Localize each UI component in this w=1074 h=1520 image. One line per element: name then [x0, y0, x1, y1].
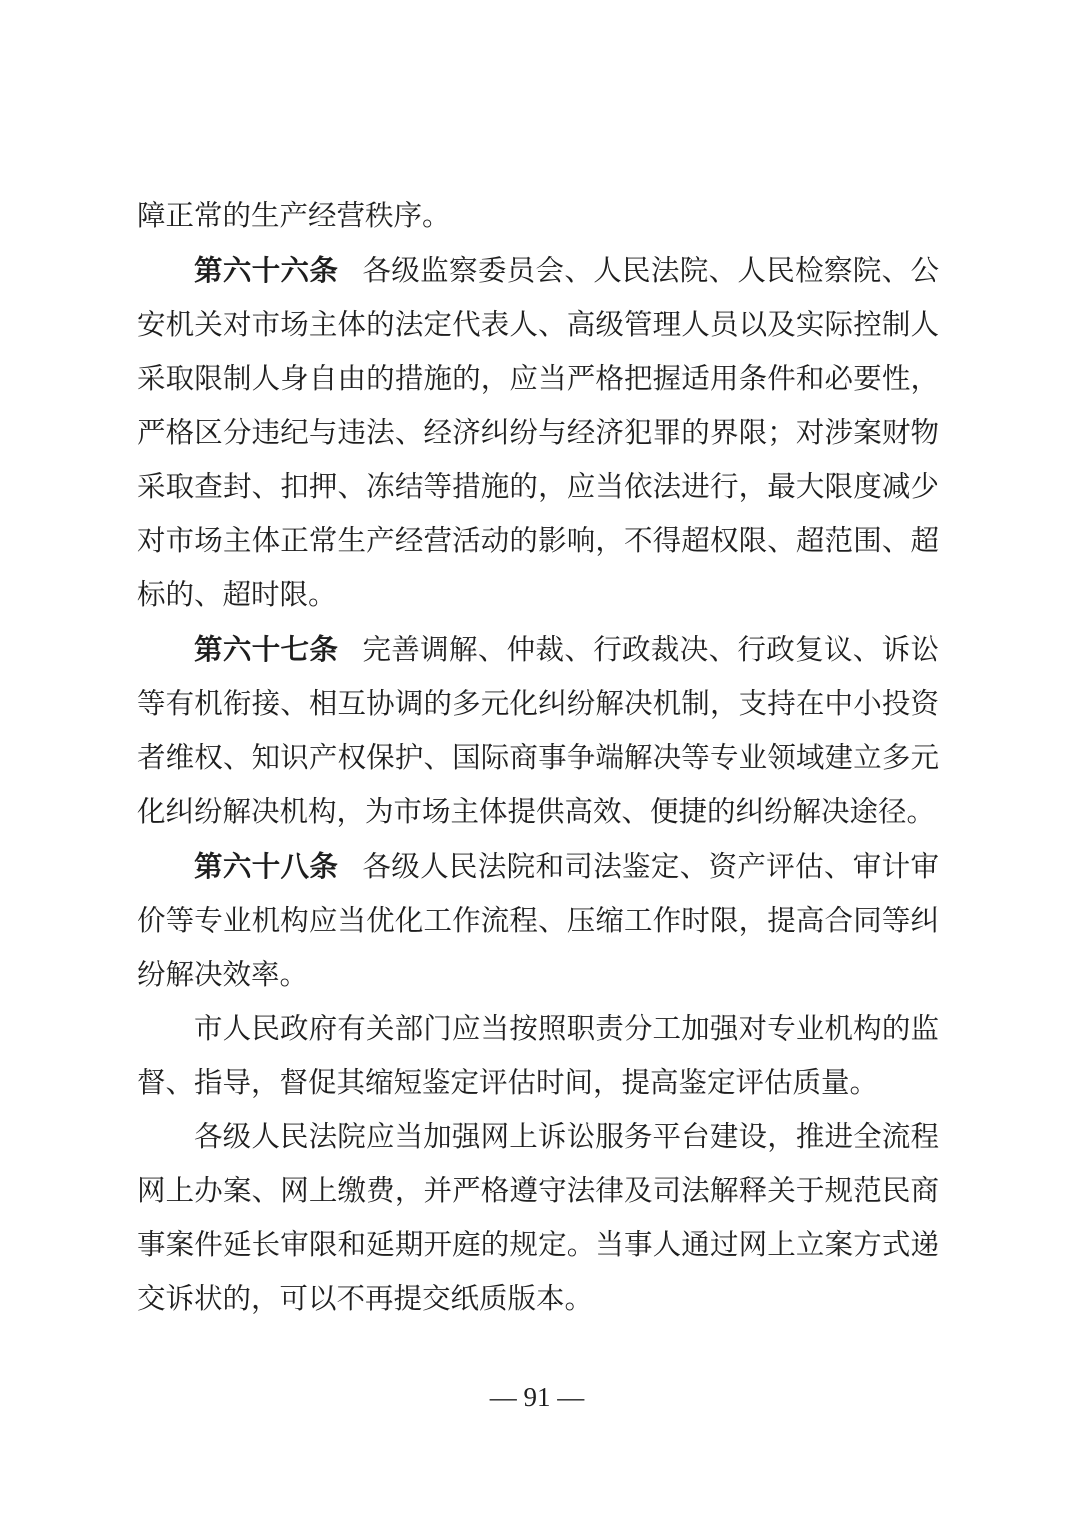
- paragraph: 第六十六条各级监察委员会、人民法院、人民检察院、公安机关对市场主体的法定代表人、…: [137, 244, 939, 623]
- paragraph-text: 各级监察委员会、人民法院、人民检察院、公安机关对市场主体的法定代表人、高级管理人…: [137, 256, 939, 611]
- paragraph: 障正常的生产经营秩序。: [137, 190, 939, 244]
- article-number: 第六十八条: [194, 851, 338, 883]
- paragraph-text: 各级人民法院应当加强网上诉讼服务平台建设，推进全流程网上办案、网上缴费，并严格遵…: [137, 1122, 939, 1315]
- document-body: 障正常的生产经营秩序。第六十六条各级监察委员会、人民法院、人民检察院、公安机关对…: [137, 190, 939, 1327]
- paragraph-text: 障正常的生产经营秩序。: [137, 201, 451, 232]
- paragraph: 各级人民法院应当加强网上诉讼服务平台建设，推进全流程网上办案、网上缴费，并严格遵…: [137, 1111, 939, 1327]
- document-page: 障正常的生产经营秩序。第六十六条各级监察委员会、人民法院、人民检察院、公安机关对…: [0, 0, 1074, 1520]
- paragraph: 第六十七条完善调解、仲裁、行政裁决、行政复议、诉讼等有机衔接、相互协调的多元化纠…: [137, 623, 939, 840]
- page-footer: — 91 —: [0, 1381, 1074, 1413]
- article-number: 第六十六条: [194, 255, 338, 287]
- paragraph-text: 市人民政府有关部门应当按照职责分工加强对专业机构的监督、指导，督促其缩短鉴定评估…: [137, 1014, 939, 1099]
- paragraph: 市人民政府有关部门应当按照职责分工加强对专业机构的监督、指导，督促其缩短鉴定评估…: [137, 1003, 939, 1111]
- page-number: — 91 —: [490, 1382, 585, 1412]
- paragraph: 第六十八条各级人民法院和司法鉴定、资产评估、审计审价等专业机构应当优化工作流程、…: [137, 840, 939, 1003]
- article-number: 第六十七条: [194, 634, 338, 666]
